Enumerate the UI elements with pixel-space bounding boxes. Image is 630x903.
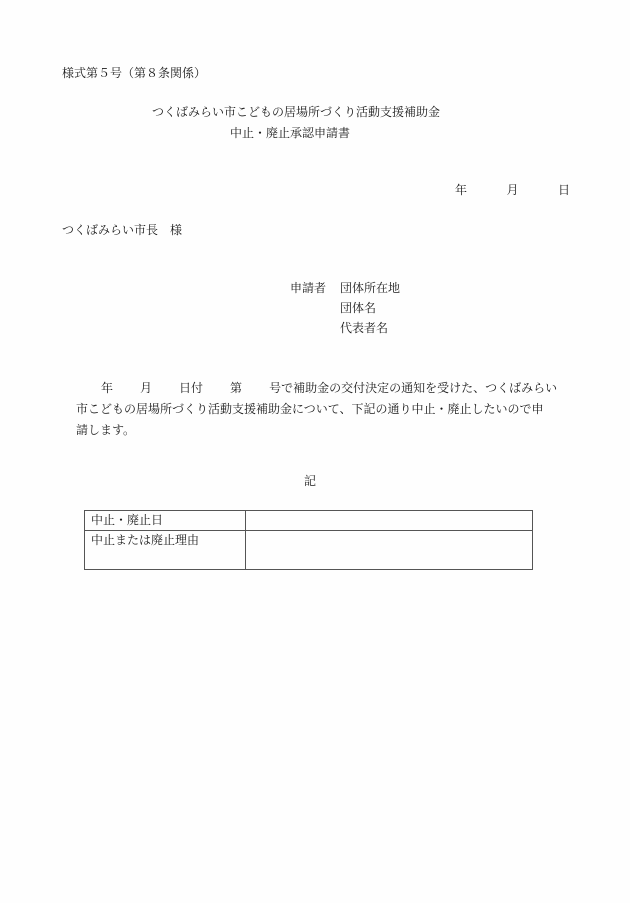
- table-row: 中止・廃止日: [85, 511, 533, 531]
- body-number-prefix: 第: [230, 378, 242, 399]
- table-value-cancel-date[interactable]: [246, 511, 533, 531]
- date-month-label: 月: [506, 184, 518, 196]
- title-text-1: つくばみらい市こどもの居場所づくり活動支援補助金: [152, 105, 440, 119]
- applicant-fields: 団体所在地 団体名 代表者名: [340, 282, 400, 342]
- ki-heading: 記: [0, 475, 630, 487]
- body-day: 日付: [179, 378, 203, 399]
- applicant-field-org-name: 団体名: [340, 302, 400, 322]
- body-line1-rest: 号で補助金の交付決定の通知を受けた、つくばみらい: [269, 378, 557, 399]
- table-label-cancel-date: 中止・廃止日: [85, 511, 246, 531]
- date-year-label: 年: [455, 184, 467, 196]
- applicant-field-address: 団体所在地: [340, 282, 400, 302]
- body-month: 月: [140, 378, 152, 399]
- details-table: 中止・廃止日 中止または廃止理由: [84, 510, 533, 570]
- form-number: 様式第５号（第８条関係）: [62, 67, 206, 79]
- addressee: つくばみらい市長 様: [62, 224, 182, 236]
- body-line-2: 市こどもの居場所づくり活動支援補助金について、下記の通り中止・廃止したいので申: [76, 399, 571, 420]
- title-text-2: 中止・廃止承認申請書: [230, 126, 350, 140]
- body-line-1: 年 月 日付 第 号で補助金の交付決定の通知を受けた、つくばみらい: [76, 378, 571, 399]
- applicant-field-representative: 代表者名: [340, 322, 400, 342]
- body-year: 年: [101, 378, 113, 399]
- table-label-reason: 中止または廃止理由: [85, 531, 246, 570]
- applicant-label: 申請者: [290, 282, 326, 294]
- body-paragraph: 年 月 日付 第 号で補助金の交付決定の通知を受けた、つくばみらい 市こどもの居…: [76, 378, 571, 441]
- date-row: 年 月 日: [455, 184, 570, 196]
- document-title-line1: つくばみらい市こどもの居場所づくり活動支援補助金: [0, 106, 630, 118]
- table-value-reason[interactable]: [246, 531, 533, 570]
- document-title-line2: 中止・廃止承認申請書: [0, 127, 630, 139]
- date-day-label: 日: [558, 184, 570, 196]
- body-line-3: 請します。: [76, 420, 571, 441]
- table-row: 中止または廃止理由: [85, 531, 533, 570]
- ki-text: 記: [304, 474, 316, 488]
